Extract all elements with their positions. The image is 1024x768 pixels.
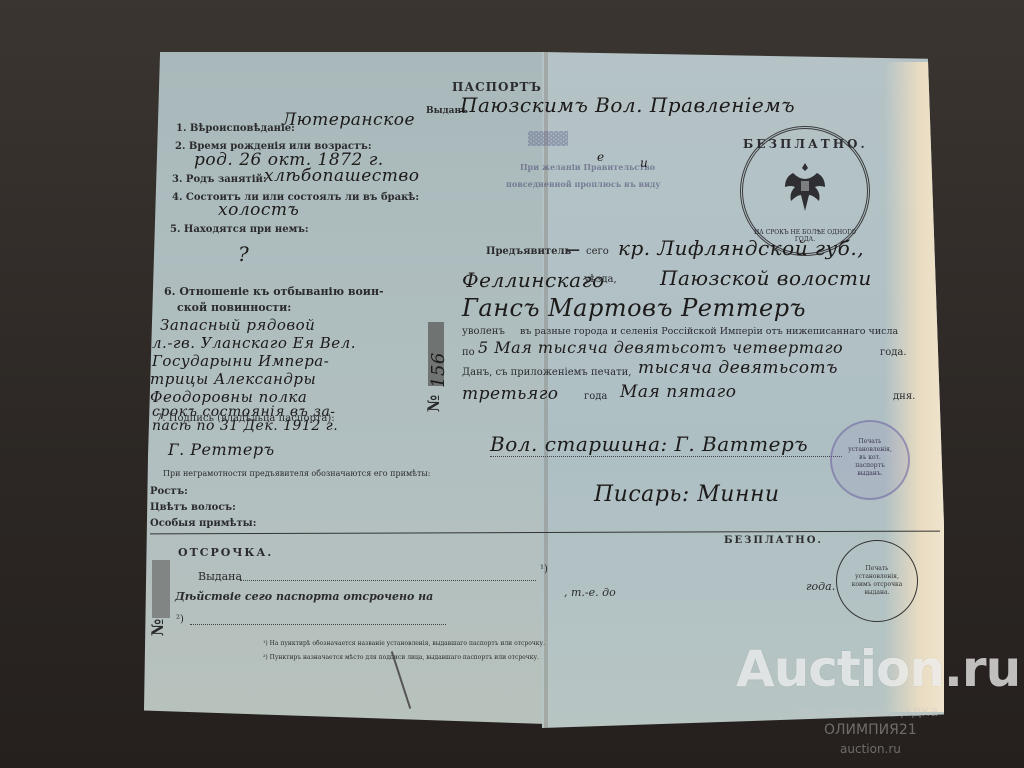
deferral-title: ОТСРОЧКА. [178,546,273,559]
faded-stamp-hand: и [640,156,648,170]
purple-official-stamp: Печать установленія, въ кот. паспортъ вы… [830,420,910,500]
deferral-footnote: ¹) На пунктирѣ обозначается названіе уст… [263,640,545,647]
watermark-line1: торговая площадка [792,704,938,720]
release-prefix: уволенъ [462,326,505,337]
deferral-issued-label: Выдана [198,570,242,583]
field-label-religion: 1. Вѣроисповѣданіе: [176,123,295,134]
deferral-footnote: ²) Пунктиръ назначается мѣсто для подпис… [263,654,539,661]
release-until-value: 5 Мая тысяча девятьсотъ четвертаго [478,338,843,357]
release-until-suffix: года. [880,347,907,358]
field-label-with-him: 5. Находятся при немъ: [170,224,309,235]
document-title: ПАСПОРТЪ [452,80,542,94]
deferral-serial-prefix: № [148,619,167,636]
bearer-dash: — [566,242,580,258]
faded-stamp-line: повседневной проплюсь въ виду [506,179,660,189]
military-line: трицы Александры [150,370,316,388]
military-line: л.-гв. Уланскаго Ея Вел. [152,334,356,352]
given-label: Данъ, съ приложеніемъ печати, [462,367,631,378]
field-label-occupation: 3. Родъ занятій: [172,174,267,185]
deferral-number-box [152,560,170,618]
clerk-signature: Писарь: Минни [594,482,780,507]
military-label-cont: ской повинности: [177,301,291,314]
serial-number: 156 [428,352,449,388]
trait-special: Особыя примѣты: [150,518,256,529]
given-year-label: года [584,391,607,402]
deferral-note2-mark: ²) [176,614,184,625]
deferral-seal-placeholder: Печать установленія, коимъ отсрочка выда… [836,540,918,622]
given-value: тысяча девятьсотъ [638,358,838,378]
bearer-sego: сего [586,246,609,257]
bearer-line1: кр. Лифляндской губ., [618,236,864,260]
faded-stamp-line: При желаніи Правительство [520,162,655,172]
watermark-line3: auction.ru [840,742,901,756]
deferral-free-label: БЕЗПЛАТНО. [724,535,823,546]
serial-prefix: № [424,395,443,412]
free-stamp-top-text: БЕЗПЛАТНО. [743,137,867,151]
trait-hair: Цвѣтъ волосъ: [150,502,236,513]
field-value-with-him: ? [238,242,249,266]
deferral-note1-mark: ¹) [540,564,548,575]
military-label: 6. Отношеніе къ отбыванію вoин- [164,285,384,298]
illiteracy-note: При неграмотности предъявителя обозначаю… [163,469,430,478]
deferral-issued-line [240,580,536,581]
bearer-name: Гансъ Мартовъ Реттеръ [462,294,806,322]
release-suffix: въ разные города и селенія Россійской Им… [520,326,898,337]
military-line: Государыни Импера- [152,352,329,370]
faded-stamp-hand: е [597,150,605,164]
watermark-line2: ОЛИМПИЯ21 [824,722,917,738]
release-until-label: по [462,347,475,358]
deferral-signature-line [190,624,446,625]
field-value-occupation: хлѣбопашество [264,166,420,186]
military-line: Запасный рядовой [160,316,315,334]
deferral-extended-label: Дѣйствіе сего паспорта отсрочено на [175,590,433,603]
volost-elder-signature: Вол. старшина: Г. Ваттеръ [490,432,842,457]
given-day-label: дня. [893,391,915,402]
deferral-te-do: , т.-е. до [564,586,616,599]
bearer-label: Предъявитель [486,246,571,257]
deferral-year-label: года. [806,580,835,593]
signature-value: Г. Реттеръ [168,440,275,459]
double-headed-eagle-icon [781,159,829,223]
watermark-brand: Auction.ru [736,640,1020,698]
bearer-uyezd-label: уѣзда, [584,274,617,285]
issued-by-value: Паюзскимъ Вол. Правленіемъ [460,93,795,117]
faded-stamp-top: ▓▓▓▓ [528,132,568,147]
field-value-married: холостъ [218,200,299,220]
given-value-cont: третьяго [462,384,559,404]
given-month-day: Мая пятаго [620,382,737,402]
signature-label: 7. Подпись (владѣльца паспорта): [156,413,335,424]
bearer-volost: Паюзской волости [660,266,872,290]
trait-height: Ростъ: [150,486,188,497]
field-value-religion: Лютеранское [282,110,415,130]
